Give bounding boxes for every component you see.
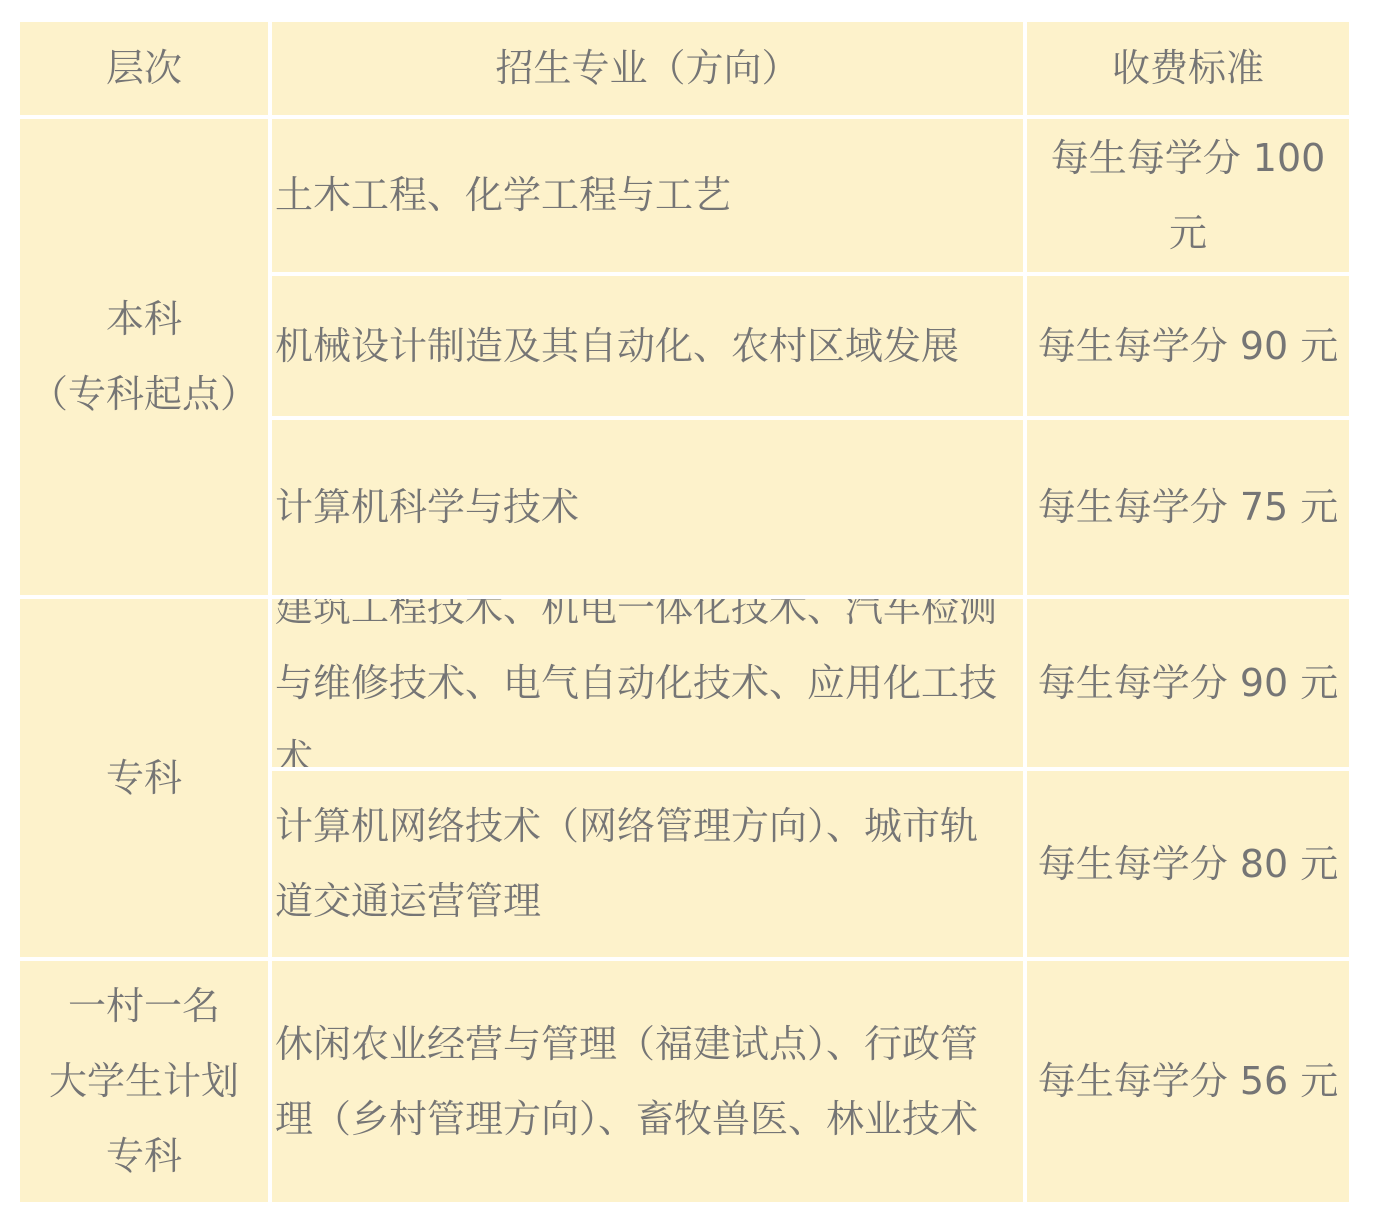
- level-cell-undergraduate: 本科 （专科起点）: [20, 119, 268, 595]
- major-cell: 计算机科学与技术: [272, 420, 1023, 595]
- fee-cell: 每生每学分 100 元: [1027, 119, 1349, 272]
- tuition-fee-table: 层次 招生专业（方向） 收费标准 本科 （专科起点） 专科 一村一名 大学生计划…: [20, 22, 1349, 1202]
- level-cell-one-village-program: 一村一名 大学生计划 专科: [20, 961, 268, 1202]
- major-cell: 机械设计制造及其自动化、农村区域发展: [272, 276, 1023, 416]
- fee-cell: 每生每学分 90 元: [1027, 276, 1349, 416]
- major-cell: 休闲农业经营与管理（福建试点）、行政管理（乡村管理方向）、畜牧兽医、林业技术: [272, 961, 1023, 1202]
- header-level: 层次: [20, 22, 268, 115]
- major-cell: 计算机网络技术（网络管理方向）、城市轨道交通运营管理: [272, 771, 1023, 957]
- level-cell-junior-college: 专科: [20, 599, 268, 957]
- major-cell: 土木工程、化学工程与工艺: [272, 119, 1023, 272]
- fee-cell: 每生每学分 75 元: [1027, 420, 1349, 595]
- fee-cell: 每生每学分 90 元: [1027, 599, 1349, 767]
- header-major: 招生专业（方向）: [272, 22, 1023, 115]
- fee-cell: 每生每学分 56 元: [1027, 961, 1349, 1202]
- fee-cell: 每生每学分 80 元: [1027, 771, 1349, 957]
- header-fee-standard: 收费标准: [1027, 22, 1349, 115]
- major-cell: 建筑工程技术、机电一体化技术、汽车检测与维修技术、电气自动化技术、应用化工技术: [272, 599, 1023, 767]
